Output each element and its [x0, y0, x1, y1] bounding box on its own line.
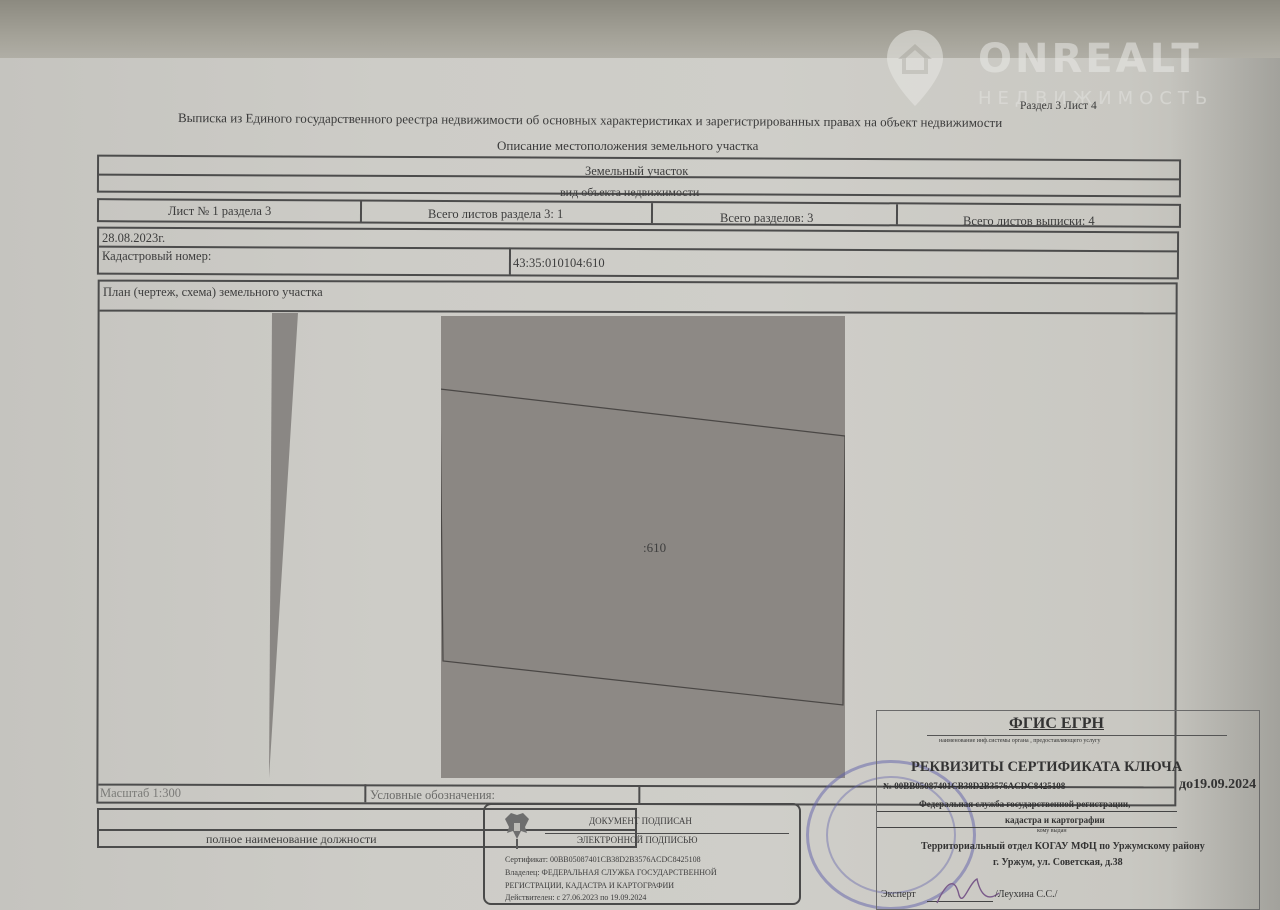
stamp-issued-caption: кому выдан	[1037, 828, 1067, 834]
parcel-label: :610	[643, 540, 666, 556]
watermark-brand: ONREALT	[978, 36, 1202, 82]
cadastral-box	[97, 227, 1179, 280]
extract-date: 28.08.2023г.	[102, 231, 165, 246]
cadastral-number: 43:35:010104:610	[513, 256, 605, 271]
signature-certificate: Сертификат: 00BB05087401CB38D2B3576ACDC8…	[505, 855, 701, 864]
stamp-expert-name: /Леухина С.С./	[995, 889, 1057, 900]
object-type: Земельный участок	[585, 164, 688, 179]
stamp-system: ФГИС ЕГРН	[1009, 715, 1104, 733]
cadastral-label: Кадастровый номер:	[102, 249, 211, 264]
plan-caption: План (чертеж, схема) земельного участка	[103, 285, 323, 300]
section-sheet-label: Раздел 3 Лист 4	[1020, 100, 1097, 112]
e-signature-stamp: ДОКУМЕНТ ПОДПИСАН ЭЛЕКТРОННОЙ ПОДПИСЬЮ С…	[483, 803, 801, 905]
signature-owner-1: Владелец: ФЕДЕРАЛЬНАЯ СЛУЖБА ГОСУДАРСТВЕ…	[505, 868, 717, 877]
extract-sheets-total: Всего листов выписки: 4	[963, 214, 1095, 229]
stamp-expert-label: Эксперт	[881, 889, 916, 900]
north-arrow-icon	[266, 313, 300, 783]
sections-total: Всего разделов: 3	[720, 211, 813, 226]
document-subtitle: Описание местоположения земельного участ…	[497, 138, 758, 154]
sheet-number: Лист № 1 раздела 3	[168, 204, 271, 219]
stamp-cert-title: РЕКВИЗИТЫ СЕРТИФИКАТА КЛЮЧА	[911, 759, 1182, 776]
stamp-issued-1: Федеральная служба государственной регис…	[919, 799, 1130, 809]
stamp-office-1: Территориальный отдел КОГАУ МФЦ по Уржум…	[921, 841, 1205, 852]
signature-scribble	[933, 873, 1003, 909]
stamp-office-2: г. Уржум, ул. Советская, д.38	[993, 857, 1123, 868]
stamp-cert-number: № 00BB05087401CB38D2B3576ACDC8425108	[883, 781, 1065, 791]
eagle-emblem-icon	[501, 811, 533, 851]
certificate-stamp: ФГИС ЕГРН наименование инф.системы орган…	[876, 710, 1260, 910]
section-sheets-total: Всего листов раздела 3: 1	[428, 207, 563, 222]
legend-label: Условные обозначения:	[370, 788, 495, 803]
house-pin-icon	[884, 28, 946, 108]
signed-line2: ЭЛЕКТРОННОЙ ПОДПИСЬЮ	[577, 835, 697, 845]
stamp-issued-2: кадастра и картографии	[1005, 815, 1105, 825]
parcel-plan: :610	[441, 316, 845, 778]
signed-line1: ДОКУМЕНТ ПОДПИСАН	[589, 816, 692, 826]
object-type-caption: вид объекта недвижимости	[560, 185, 699, 200]
signature-valid: Действителен: с 27.06.2023 по 19.09.2024	[505, 893, 646, 902]
signature-owner-2: РЕГИСТРАЦИИ, КАДАСТРА И КАРТОГРАФИИ	[505, 881, 674, 890]
stamp-system-caption: наименование инф.системы органа , предос…	[939, 738, 1100, 744]
stamp-cert-valid: до19.09.2024	[1179, 777, 1256, 793]
position-caption: полное наименование должности	[206, 832, 377, 847]
scale-label: Масштаб 1:300	[100, 786, 181, 801]
